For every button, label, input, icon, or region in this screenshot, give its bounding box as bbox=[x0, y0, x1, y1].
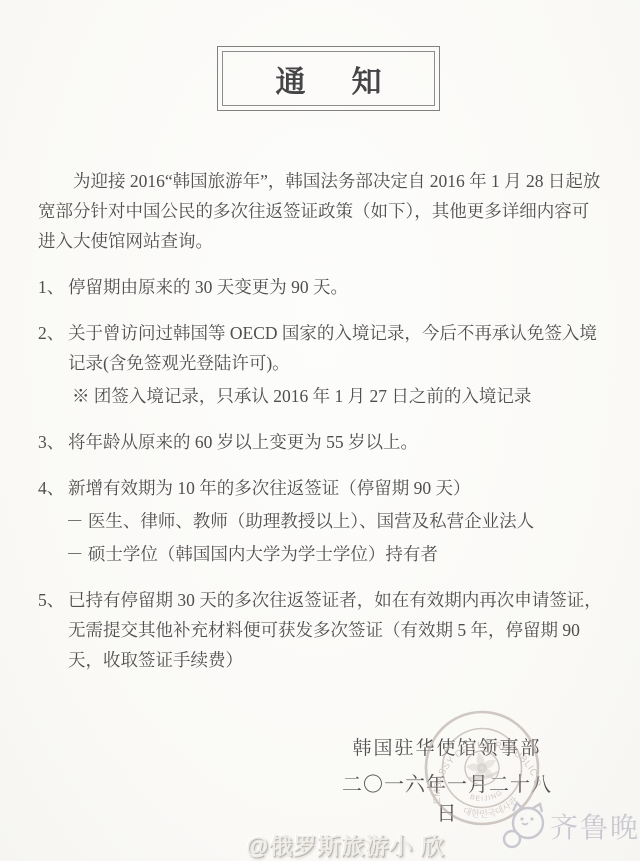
item-text: 新增有效期为 10 年的多次往返签证（停留期 90 天） bbox=[68, 473, 605, 503]
item-text: 将年龄从原来的 60 岁以上变更为 55 岁以上。 bbox=[68, 427, 605, 457]
item-note: ※ 团签入境记录，只承认 2016 年 1 月 27 日之前的入境记录 bbox=[72, 381, 605, 411]
item-text: 关于曾访问过韩国等 OECD 国家的入境记录，今后不再承认免签入境记录(含免签观… bbox=[68, 318, 605, 378]
item-number: 3、 bbox=[38, 427, 68, 457]
notice-title-inner-border: 通 知 bbox=[222, 51, 435, 106]
sub-item: － 硕士学位（韩国国内大学为学士学位）持有者 bbox=[66, 539, 605, 569]
intro-paragraph: 为迎接 2016“韩国旅游年”，韩国法务部决定自 2016 年 1 月 28 日… bbox=[38, 166, 605, 256]
notice-body: 为迎接 2016“韩国旅游年”，韩国法务部决定自 2016 年 1 月 28 日… bbox=[38, 166, 605, 691]
item-number: 2、 bbox=[38, 318, 68, 378]
cat-logo-icon bbox=[500, 799, 550, 853]
publisher-name: 齐鲁晚报 bbox=[550, 806, 640, 846]
author-watermark: @俄罗斯旅游小 欣 bbox=[246, 828, 445, 861]
list-item: 4、 新增有效期为 10 年的多次往返签证（停留期 90 天） － 医生、律师、… bbox=[38, 473, 605, 569]
notice-document: 通 知 为迎接 2016“韩国旅游年”，韩国法务部决定自 2016 年 1 月 … bbox=[0, 0, 640, 861]
notice-title: 通 知 bbox=[268, 57, 390, 101]
notice-title-box: 通 知 bbox=[217, 46, 440, 111]
list-item: 2、 关于曾访问过韩国等 OECD 国家的入境记录，今后不再承认免签入境记录(含… bbox=[38, 318, 605, 411]
item-number: 1、 bbox=[38, 272, 68, 302]
sub-item: － 医生、律师、教师（助理教授以上）、国营及私营企业法人 bbox=[66, 506, 605, 536]
list-item: 1、 停留期由原来的 30 天变更为 90 天。 bbox=[38, 272, 605, 302]
publisher-watermark: 齐鲁晚报 bbox=[500, 799, 640, 853]
item-number: 5、 bbox=[38, 585, 68, 675]
list-item: 5、 已持有停留期 30 天的多次往返签证者，如在有效期内再次申请签证，无需提交… bbox=[38, 585, 605, 675]
list-item: 3、 将年龄从原来的 60 岁以上变更为 55 岁以上。 bbox=[38, 427, 605, 457]
item-number: 4、 bbox=[38, 473, 68, 503]
item-text: 停留期由原来的 30 天变更为 90 天。 bbox=[68, 272, 605, 302]
item-text: 已持有停留期 30 天的多次往返签证者，如在有效期内再次申请签证，无需提交其他补… bbox=[68, 585, 605, 675]
